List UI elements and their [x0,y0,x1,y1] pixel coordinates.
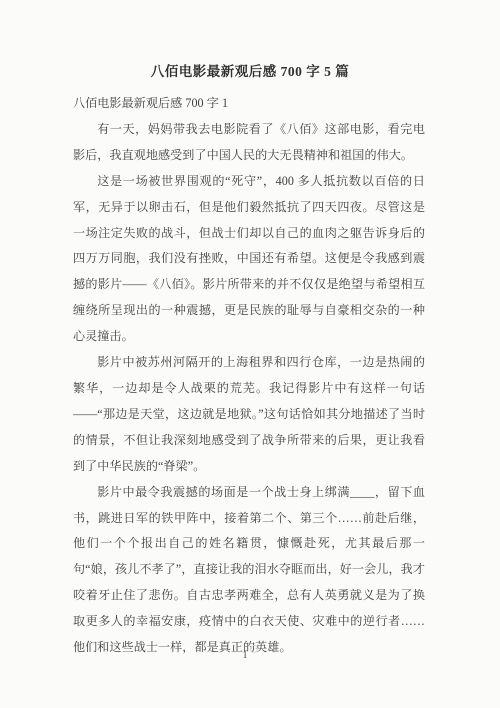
section-heading: 八佰电影最新观后感 700 字 1 [73,91,425,117]
page-number: 1 [243,650,248,661]
page-footer: 1 [0,645,500,662]
document-title: 八佰电影最新观后感 700 字 5 篇 [0,0,500,81]
paragraph-3: 影片中被苏州河隔开的上海租界和四行仓库，一边是热闹的繁华，一边却是令人战栗的荒芜… [73,350,425,480]
faint-circle-artifact [250,645,258,653]
paragraph-4: 影片中最令我震撼的场面是一个战士身上绑满____，留下血书，跳进日军的铁甲阵中，… [73,480,425,661]
page-background: { "document": { "title": "八佰电影最新观后感 700 … [0,0,500,708]
document-page: 八佰电影最新观后感 700 字 5 篇 八佰电影最新观后感 700 字 1 有一… [0,0,500,708]
paragraph-2: 这是一场被世界围观的“死守”，400 多人抵抗数以百倍的日军，无异于以卵击石，但… [73,169,425,350]
paragraph-1: 有一天，妈妈带我去电影院看了《八佰》这部电影，看完电影后，我直观地感受到了中国人… [73,117,425,169]
document-body: 八佰电影最新观后感 700 字 1 有一天，妈妈带我去电影院看了《八佰》这部电影… [73,91,425,661]
